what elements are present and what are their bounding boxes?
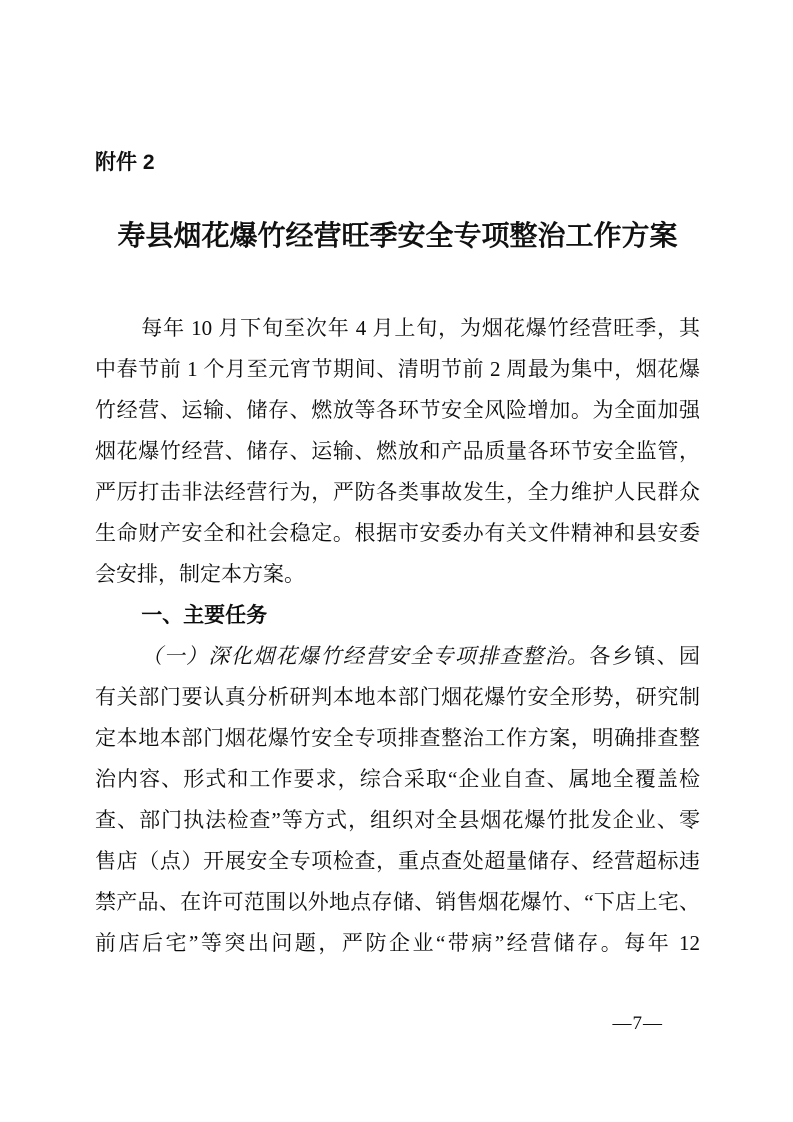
- text-segment: 严厉打击非法经营行为，严防各类事故发生，全力维护人民群众: [95, 480, 700, 504]
- body-line: 烟花爆竹经营、储存、运输、燃放和产品质量各环节安全监管，: [95, 431, 700, 472]
- text-segment: 会安排，制定本方案。: [95, 562, 305, 586]
- body-line: 定本地本部门烟花爆竹安全专项排查整治工作方案，明确排查整: [95, 718, 700, 759]
- text-segment: 有关部门要认真分析研判本地本部门烟花爆竹安全形势，研究制: [95, 685, 700, 709]
- document-title: 寿县烟花爆竹经营旺季安全专项整治工作方案: [95, 218, 700, 256]
- text-segment: 禁产品、在许可范围以外地点存储、销售烟花爆竹、“下店上宅、: [95, 890, 700, 914]
- text-segment: 每年 10 月下旬至次年 4 月上旬，为烟花爆竹经营旺季，其: [141, 316, 700, 340]
- text-segment: 查、部门执法检查”等方式，组织对全县烟花爆竹批发企业、零: [95, 808, 700, 832]
- body-line: 禁产品、在许可范围以外地点存储、销售烟花爆竹、“下店上宅、: [95, 882, 700, 923]
- body-line: 有关部门要认真分析研判本地本部门烟花爆竹安全形势，研究制: [95, 677, 700, 718]
- text-segment: 竹经营、运输、储存、燃放等各环节安全风险增加。为全面加强: [95, 398, 700, 422]
- body-line: 生命财产安全和社会稳定。根据市安委办有关文件精神和县安委: [95, 513, 700, 554]
- paragraph: （一）深化烟花爆竹经营安全专项排查整治。各乡镇、园区、有关部门要认真分析研判本地…: [95, 636, 700, 964]
- body-line: 售店（点）开展安全专项检查，重点查处超量储存、经营超标违: [95, 841, 700, 882]
- body-line: 每年 10 月下旬至次年 4 月上旬，为烟花爆竹经营旺季，其: [95, 308, 700, 349]
- text-segment: 中春节前 1 个月至元宵节期间、清明节前 2 周最为集中，烟花爆: [95, 357, 700, 381]
- document-body: 每年 10 月下旬至次年 4 月上旬，为烟花爆竹经营旺季，其中春节前 1 个月至…: [95, 308, 700, 964]
- text-segment: 烟花爆竹经营、储存、运输、燃放和产品质量各环节安全监管，: [95, 439, 700, 463]
- text-segment: 一、主要任务: [141, 604, 267, 627]
- text-segment: 定本地本部门烟花爆竹安全专项排查整治工作方案，明确排查整: [95, 726, 700, 750]
- body-line: 治内容、形式和工作要求，综合采取“企业自查、属地全覆盖检: [95, 759, 700, 800]
- page-number: —7—: [613, 1013, 664, 1035]
- document-page: 附件 2 寿县烟花爆竹经营旺季安全专项整治工作方案 每年 10 月下旬至次年 4…: [0, 0, 793, 1122]
- paragraph: 每年 10 月下旬至次年 4 月上旬，为烟花爆竹经营旺季，其中春节前 1 个月至…: [95, 308, 700, 595]
- body-line: 前店后宅”等突出问题，严防企业“带病”经营储存。每年 12: [95, 923, 700, 964]
- text-segment: 治内容、形式和工作要求，综合采取“企业自查、属地全覆盖检: [95, 767, 700, 791]
- attachment-label: 附件 2: [95, 150, 155, 176]
- body-line: 中春节前 1 个月至元宵节期间、清明节前 2 周最为集中，烟花爆: [95, 349, 700, 390]
- section-heading: 一、主要任务: [95, 595, 700, 636]
- emphasis-kai-text: （一）深化烟花爆竹经营安全专项排查整治。: [141, 644, 589, 668]
- text-segment: 前店后宅”等突出问题，严防企业“带病”经营储存。每年 12: [95, 931, 700, 955]
- body-line: 会安排，制定本方案。: [95, 554, 700, 595]
- text-segment: 生命财产安全和社会稳定。根据市安委办有关文件精神和县安委: [95, 521, 700, 545]
- body-line: （一）深化烟花爆竹经营安全专项排查整治。各乡镇、园区、: [95, 636, 700, 677]
- body-line: 查、部门执法检查”等方式，组织对全县烟花爆竹批发企业、零: [95, 800, 700, 841]
- body-line: 竹经营、运输、储存、燃放等各环节安全风险增加。为全面加强: [95, 390, 700, 431]
- body-line: 严厉打击非法经营行为，严防各类事故发生，全力维护人民群众: [95, 472, 700, 513]
- text-segment: 售店（点）开展安全专项检查，重点查处超量储存、经营超标违: [95, 849, 700, 873]
- section: 一、主要任务: [95, 595, 700, 636]
